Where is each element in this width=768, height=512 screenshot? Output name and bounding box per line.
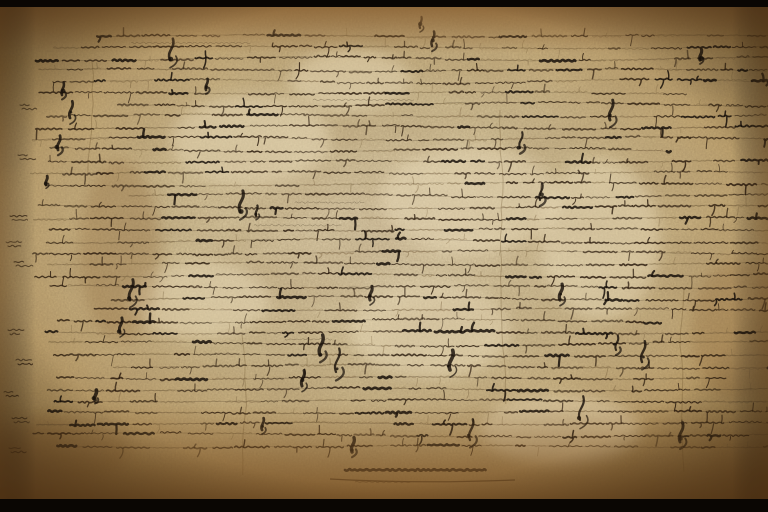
photo-vignette xyxy=(0,7,768,499)
letterbox-bar-top xyxy=(0,0,768,7)
manuscript-photo xyxy=(0,0,768,512)
manuscript-photograph xyxy=(0,0,768,512)
letterbox-bar-bottom xyxy=(0,499,768,512)
